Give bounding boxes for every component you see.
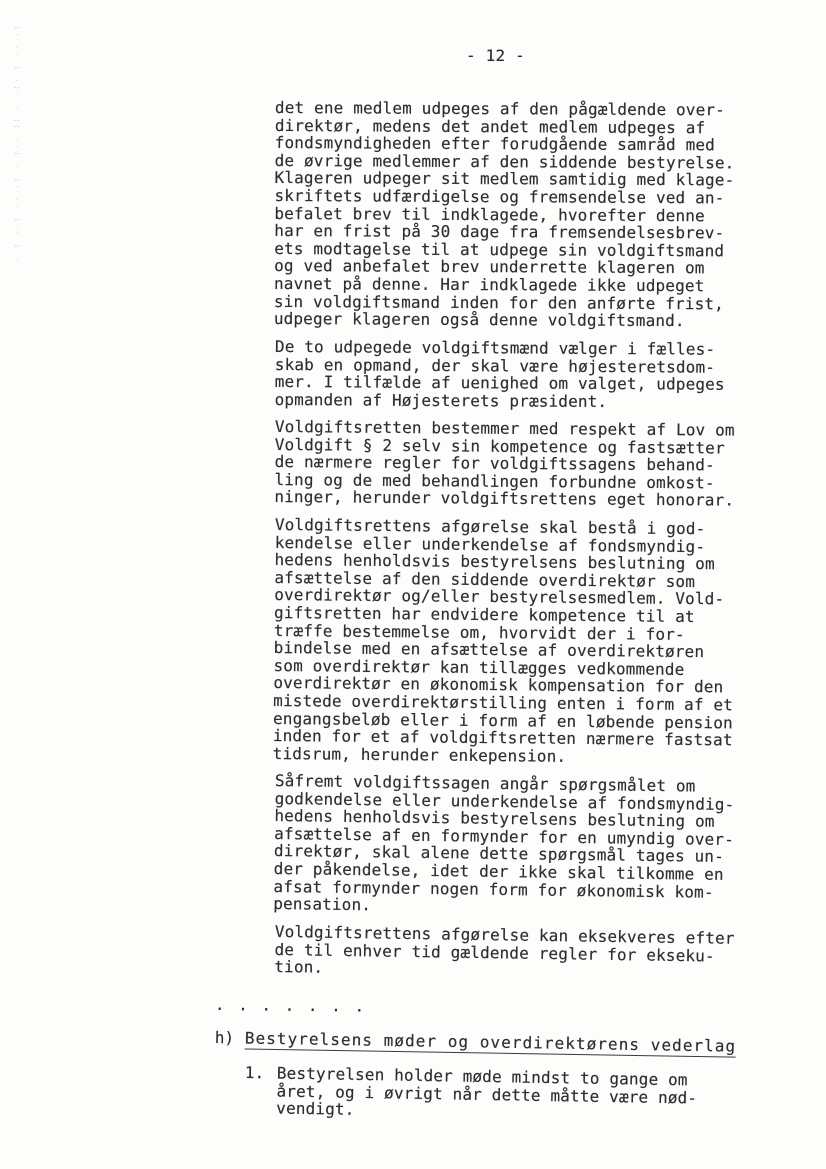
section-title: Bestyrelsens møder og overdirektørens ve… (245, 1029, 737, 1057)
list-item-number: 1. (244, 1064, 277, 1117)
ellipsis-separator: . . . . . . . (215, 996, 785, 1020)
paragraph-arbitrator-appointment: det ene medlem udpeges af den pågældende… (274, 99, 785, 330)
page-number: - 12 - (466, 47, 525, 65)
document-page: ¦· ·· ¦ ·¦· · ¦¦ ··¦ · ¦· ·· ¦·· ¦ · - 1… (0, 0, 826, 1169)
paragraph-umpire-selection: De to udpegede voldgiftsmænd vælger i fæ… (275, 338, 785, 411)
paragraph-guardian-dismissal: Såfremt voldgiftssagen angår spørgsmålet… (273, 772, 785, 919)
document-body: det ene medlem udpeges af den pågældende… (215, 99, 785, 1117)
paragraph-tribunal-decision: Voldgiftsrettens afgørelse skal bestå i … (273, 516, 785, 767)
section-heading-h: h) Bestyrelsens møder og overdirektørens… (215, 1029, 785, 1058)
paragraph-enforcement: Voldgiftsrettens afgørelse kan eksekvere… (274, 923, 785, 983)
section-label: h) (215, 1029, 245, 1049)
list-item-1: 1. Bestyrelsen holder møde mindst to gan… (244, 1064, 785, 1126)
list-item-text: Bestyrelsen holder møde mindst to gange … (276, 1065, 697, 1125)
paragraph-tribunal-competence: Voldgiftsretten bestemmer med respekt af… (274, 418, 785, 510)
margin-scan-artifact: ¦· ·· ¦ ·¦· · ¦¦ ··¦ · ¦· ·· ¦·· ¦ · (6, 26, 20, 356)
